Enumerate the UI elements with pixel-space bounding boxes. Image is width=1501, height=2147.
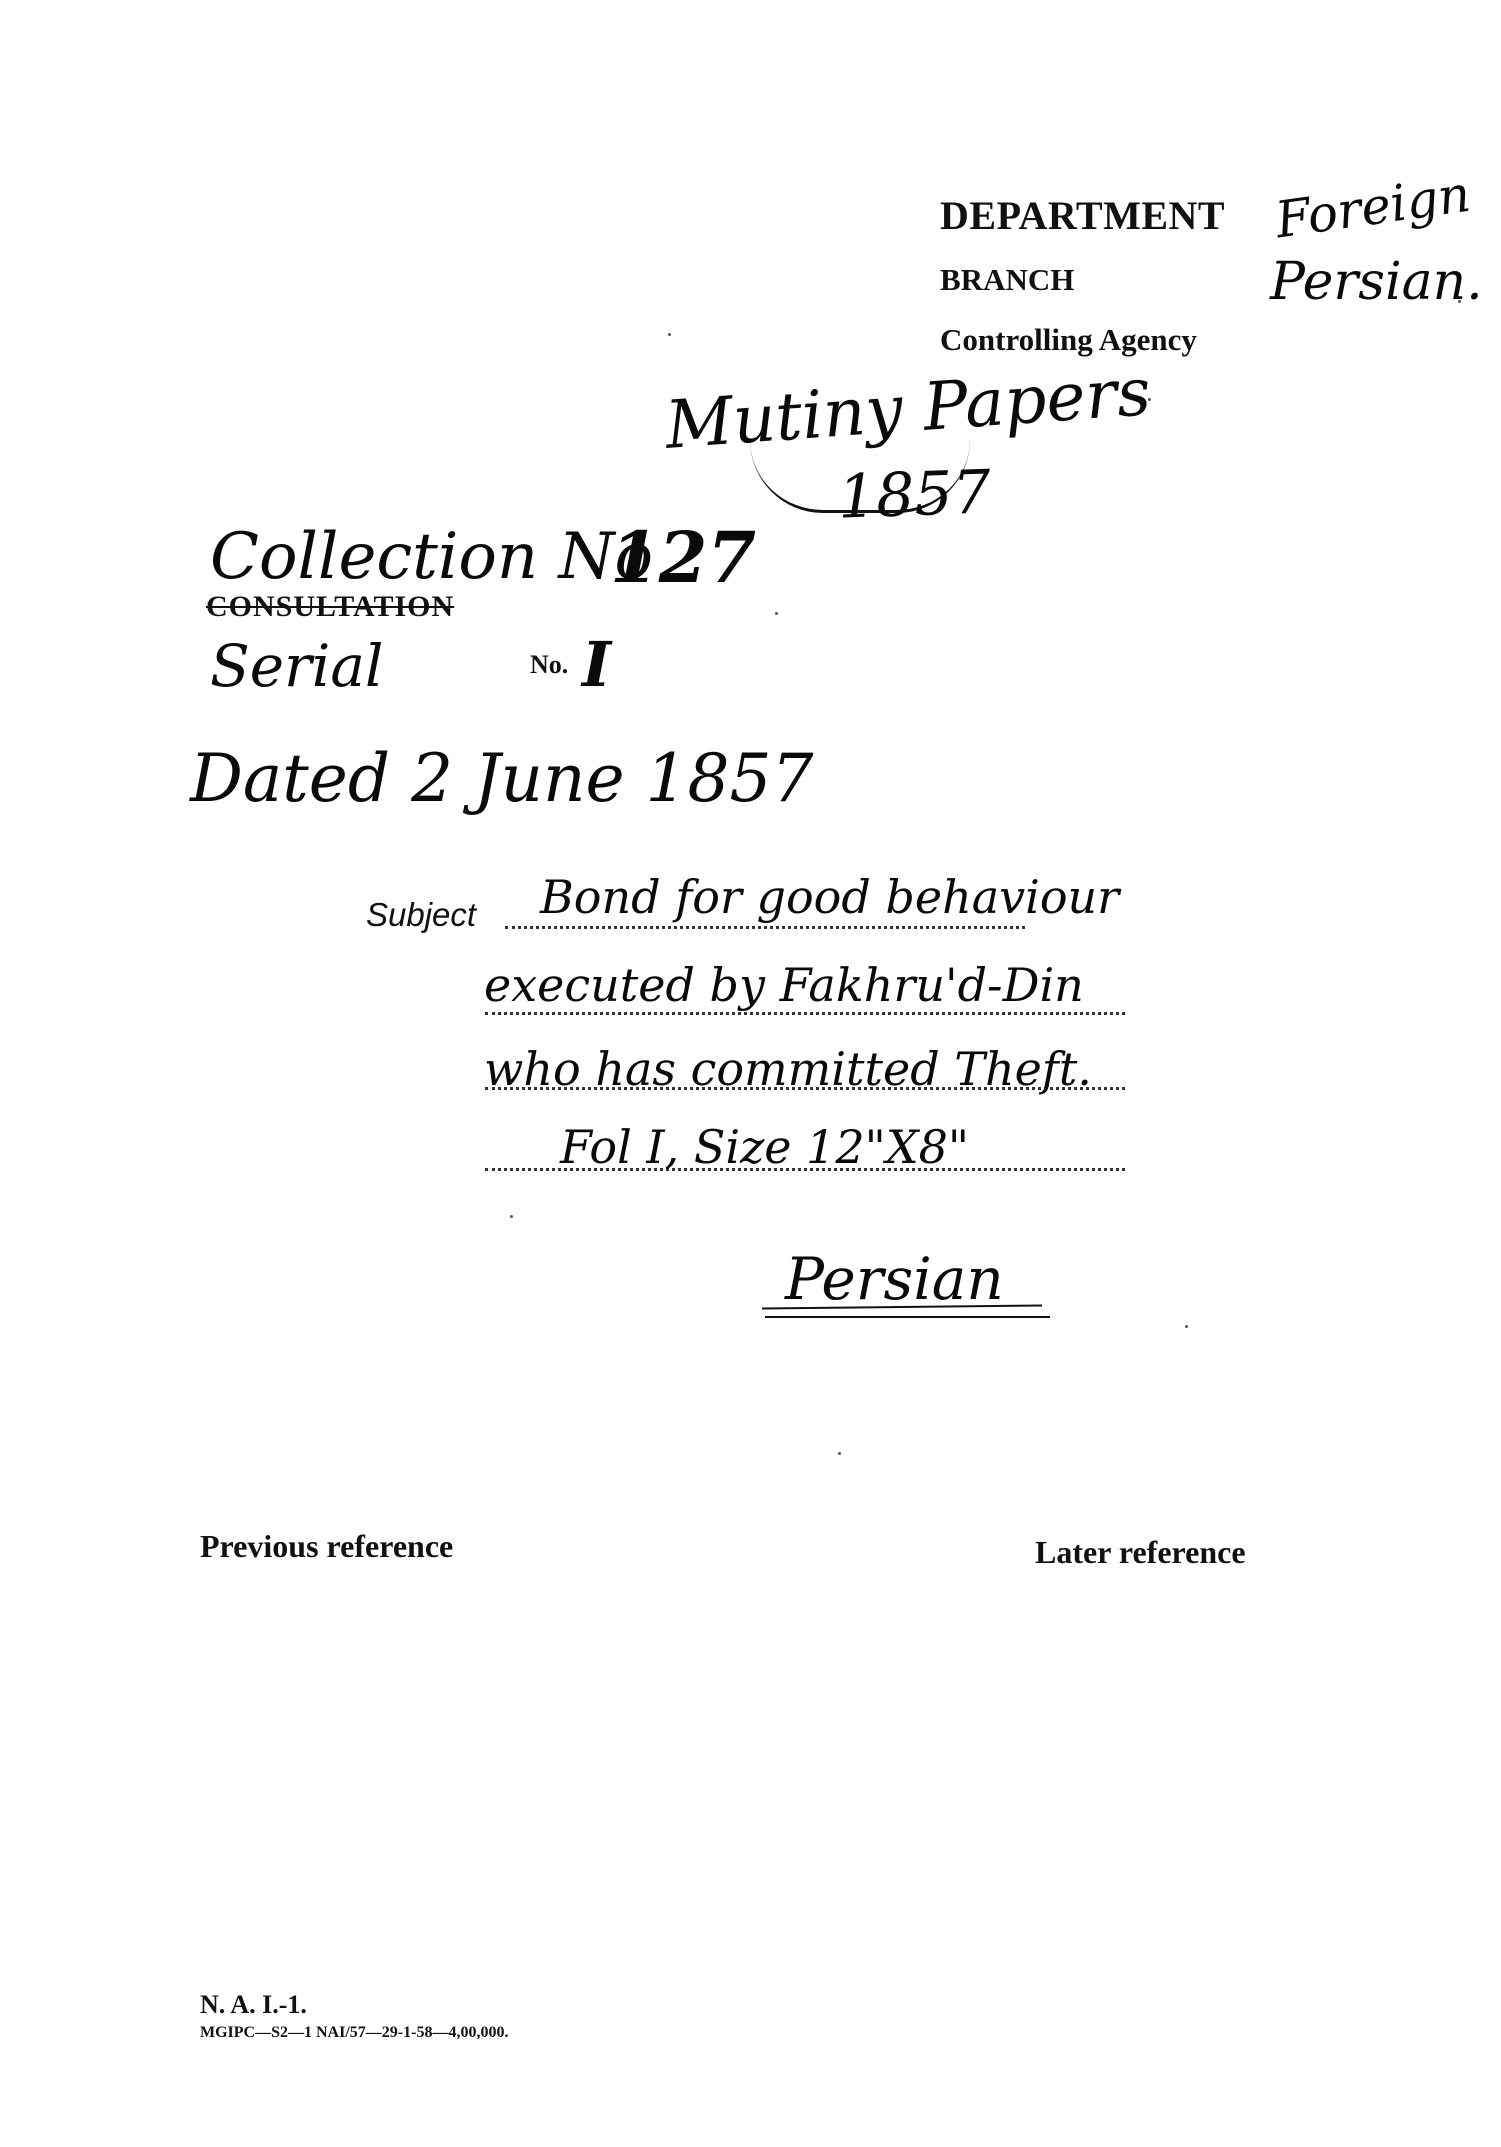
department-label: DEPARTMENT xyxy=(940,192,1225,239)
scan-speck xyxy=(1458,300,1461,303)
subject-line: Fol I, Size 12"X8" xyxy=(560,1120,969,1174)
subject-line: Bond for good behaviour xyxy=(540,870,1119,924)
branch-value: Persian. xyxy=(1270,252,1483,312)
language-note: Persian xyxy=(785,1245,1004,1313)
dotted-rule xyxy=(485,1012,1125,1015)
collection-number-value: 127 xyxy=(610,516,756,599)
printer-imprint: MGIPC—S2—1 NAI/57—29-1-58—4,00,000. xyxy=(200,2024,508,2042)
serial-number-value: I xyxy=(582,628,611,701)
later-reference-label: Later reference xyxy=(1035,1534,1246,1571)
scan-speck xyxy=(668,333,671,336)
dotted-rule xyxy=(505,926,1025,929)
collection-series-year: 1857 xyxy=(837,457,992,532)
subject-line: executed by Fakhru'd-Din xyxy=(484,958,1084,1012)
department-value: Foreign xyxy=(1272,165,1474,250)
form-code: N. A. I.-1. xyxy=(200,1990,307,2020)
subject-line: who has committed Theft. xyxy=(484,1042,1092,1096)
scan-speck xyxy=(838,1452,841,1455)
scan-speck xyxy=(1148,398,1151,401)
scan-speck xyxy=(775,612,778,615)
consultation-label-struck: CONSULTATION xyxy=(206,590,454,624)
previous-reference-label: Previous reference xyxy=(200,1528,453,1565)
scan-speck xyxy=(1185,1325,1188,1328)
underline-decoration xyxy=(765,1316,1050,1318)
scan-speck xyxy=(510,1215,513,1218)
subject-label: Subject xyxy=(366,896,476,934)
number-label: No. xyxy=(530,650,568,680)
dated-field: Dated 2 June 1857 xyxy=(190,740,814,817)
serial-label: Serial xyxy=(210,632,383,700)
branch-label: BRANCH xyxy=(940,262,1074,298)
collection-number-label: Collection No xyxy=(210,520,653,594)
controlling-agency-label: Controlling Agency xyxy=(940,322,1197,358)
